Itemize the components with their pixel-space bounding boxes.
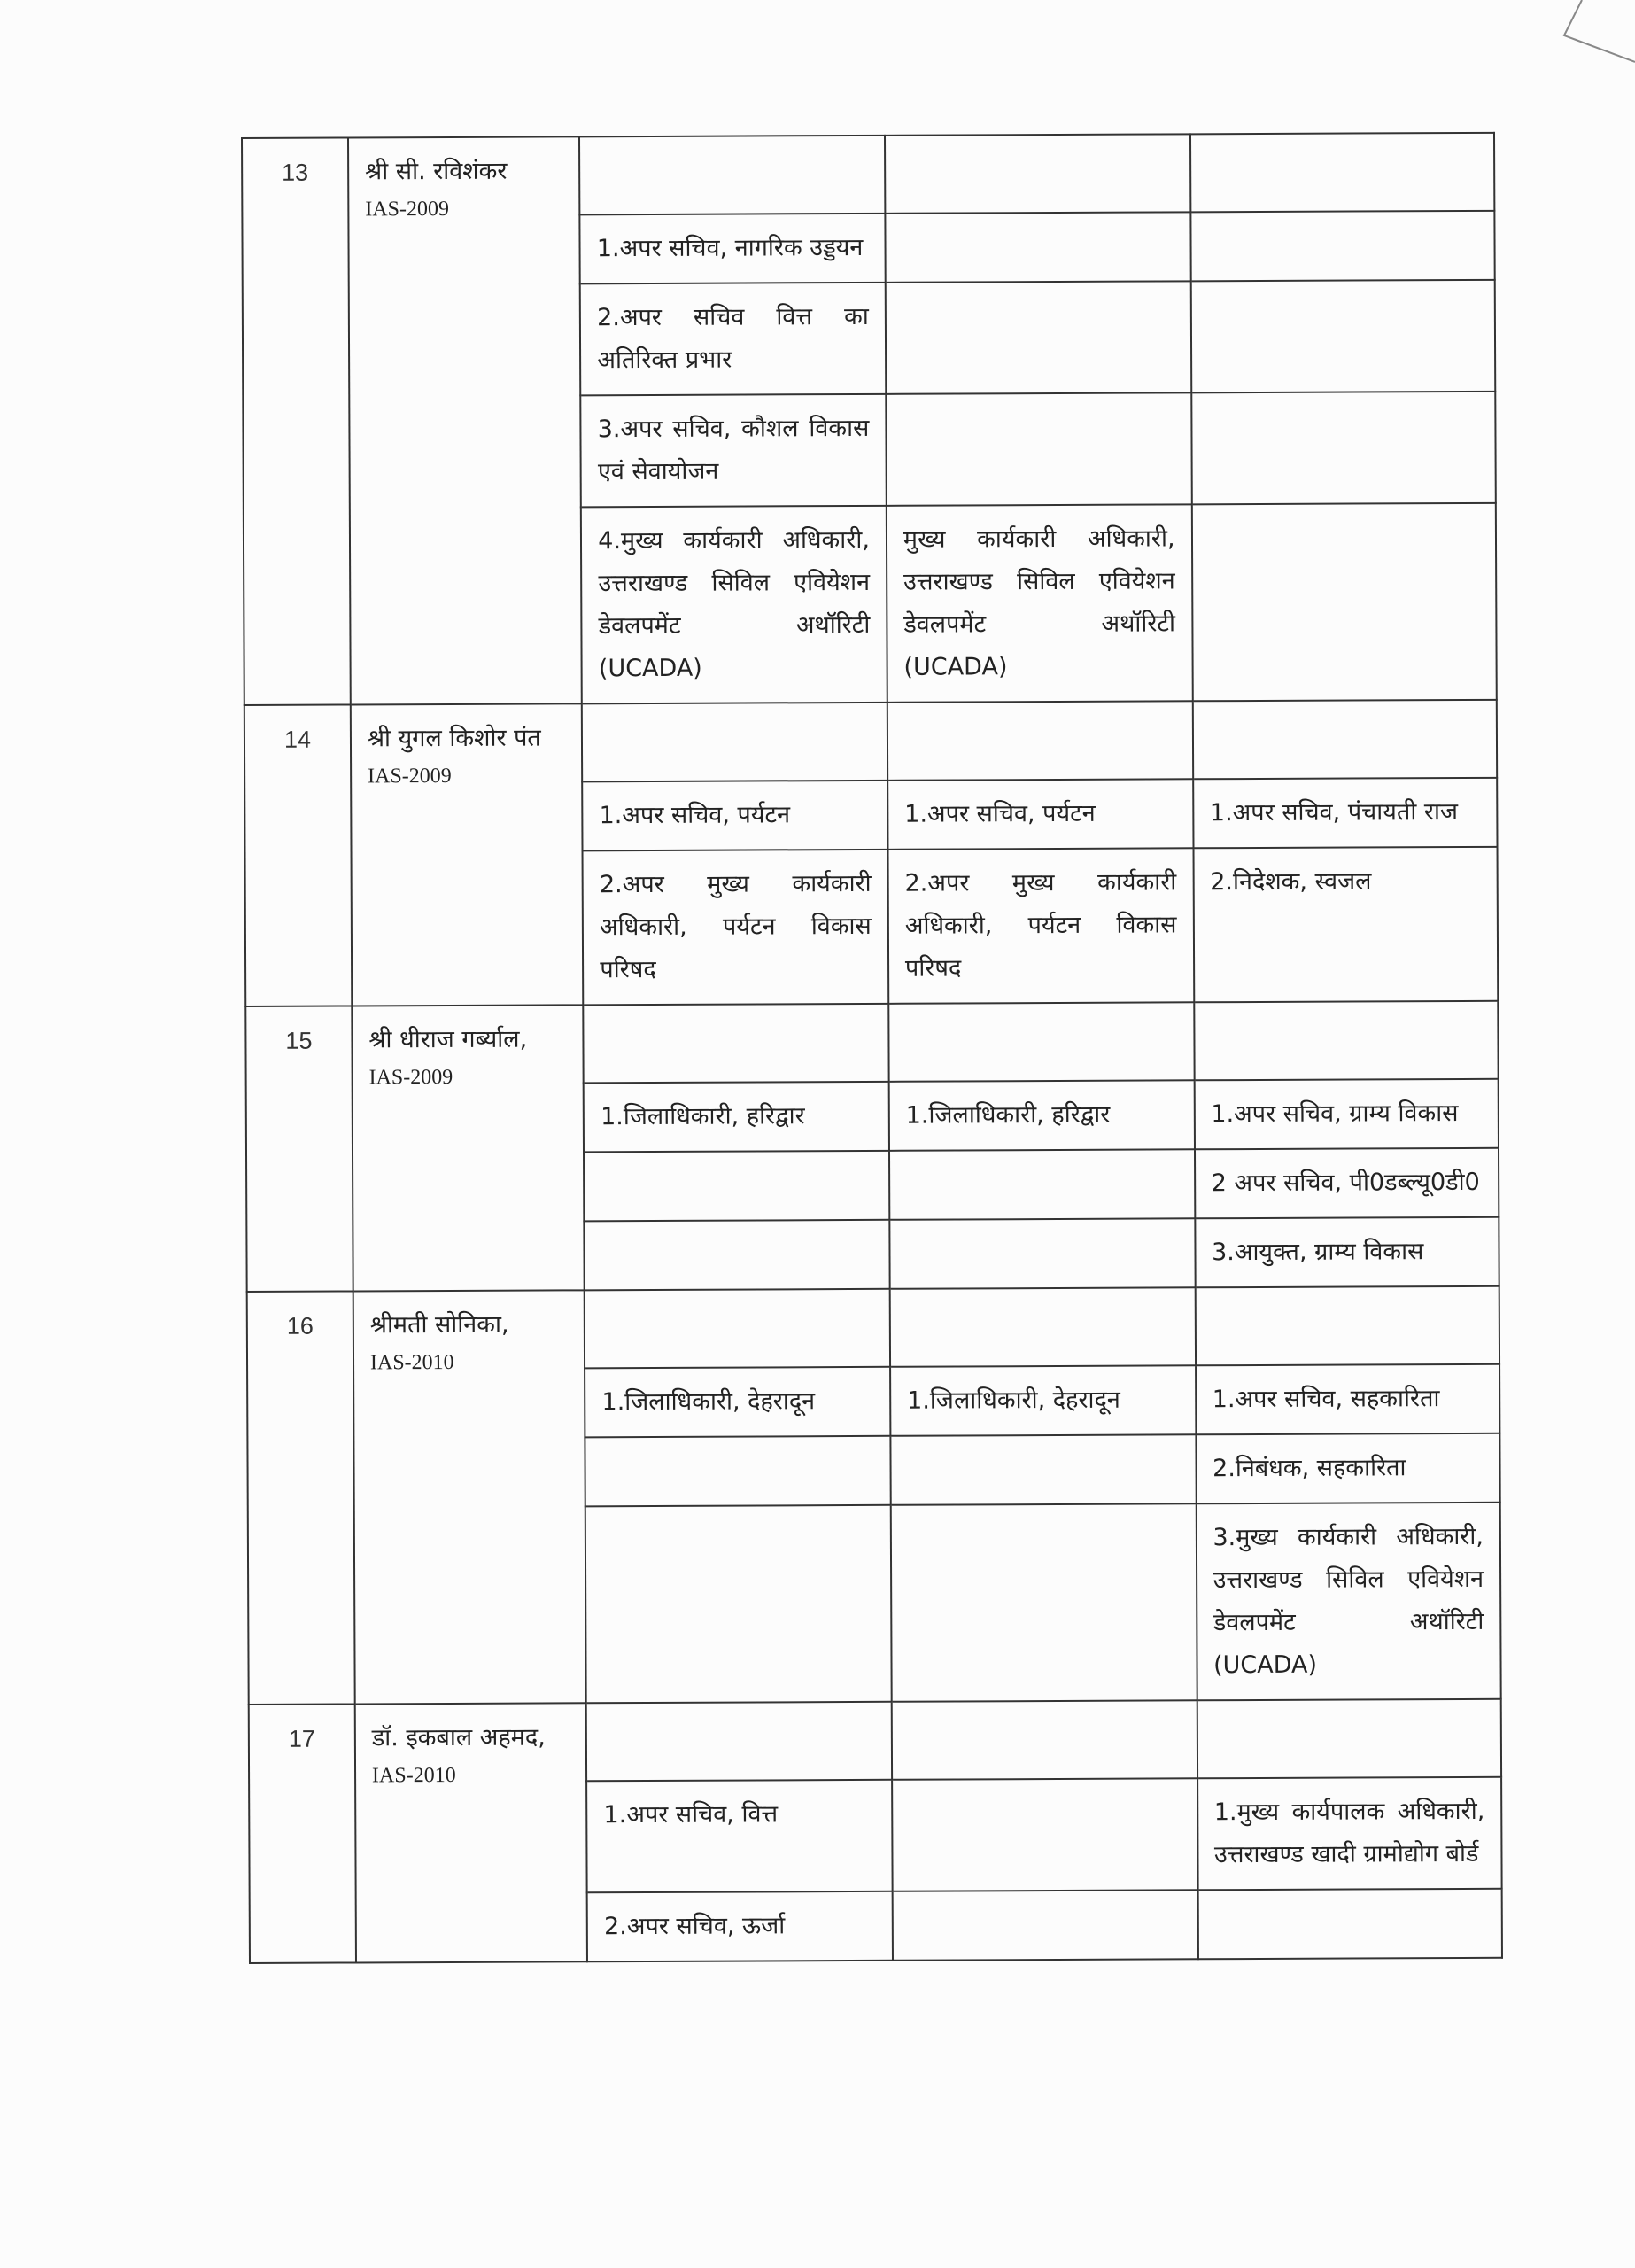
empty-cell <box>585 1289 890 1369</box>
officer-transfer-table: 13श्री सी. रविशंकरIAS-20091.अपर सचिव, ना… <box>241 132 1503 1964</box>
empty-cell <box>1190 133 1495 212</box>
serial-number: 17 <box>249 1704 356 1963</box>
new-post: 2 अपर सचिव, पी0डब्ल्यू0डी0 <box>1195 1148 1499 1218</box>
officer-name: श्री धीराज गर्ब्याल, <box>368 1026 527 1054</box>
officer-name: श्री सी. रविशंकर <box>365 158 507 186</box>
officer-name-cell: श्री सी. रविशंकरIAS-2009 <box>348 136 582 704</box>
retained-post: 2.अपर मुख्य कार्यकारी अधिकारी, पर्यटन वि… <box>887 848 1193 1004</box>
current-post <box>584 1151 889 1222</box>
new-post: 1.अपर सचिव, पंचायती राज <box>1193 778 1498 848</box>
empty-cell <box>584 1004 889 1084</box>
officer-row: 14श्री युगल किशोर पंतIAS-2009 <box>244 700 1497 783</box>
current-post: 3.अपर सचिव, कौशल विकास एवं सेवायोजन <box>581 394 887 508</box>
empty-cell <box>888 1002 1194 1082</box>
new-post <box>1190 280 1495 392</box>
retained-post <box>889 1218 1195 1289</box>
new-post: 1.मुख्य कार्यपालक अधिकारी, उत्तराखण्ड खा… <box>1197 1777 1502 1890</box>
officer-row: 15श्री धीराज गर्ब्याल,IAS-2009 <box>245 1001 1498 1084</box>
empty-cell <box>579 136 885 215</box>
current-post: 2.अपर सचिव, ऊर्जा <box>587 1891 893 1962</box>
current-post <box>585 1220 890 1291</box>
empty-cell <box>582 703 887 782</box>
officer-name: श्री युगल किशोर पंत <box>368 725 541 753</box>
retained-post: मुख्य कार्यकारी अधिकारी, उत्तराखण्ड सिवि… <box>887 504 1193 703</box>
retained-post <box>886 392 1191 506</box>
new-post: 3.आयुक्त, ग्राम्य विकास <box>1195 1217 1499 1287</box>
current-post <box>585 1505 892 1704</box>
new-post <box>1191 503 1496 701</box>
retained-post <box>892 1778 1197 1891</box>
officer-name-cell: डॉ. इकबाल अहमद,IAS-2010 <box>355 1703 588 1962</box>
current-post: 1.जिलाधिकारी, हरिद्वार <box>584 1082 889 1153</box>
serial-number: 15 <box>245 1006 353 1292</box>
empty-cell <box>1192 700 1497 779</box>
retained-post: 1.अपर सचिव, पर्यटन <box>887 779 1193 850</box>
serial-number: 16 <box>247 1291 355 1705</box>
new-post: 1.अपर सचिव, ग्राम्य विकास <box>1194 1079 1499 1149</box>
retained-post: 1.जिलाधिकारी, देहरादून <box>890 1365 1196 1436</box>
new-post: 2.निबंधक, सहकारिता <box>1196 1433 1500 1503</box>
empty-cell <box>887 701 1193 781</box>
current-post: 1.अपर सचिव, वित्त <box>586 1780 892 1893</box>
current-post: 4.मुख्य कार्यकारी अधिकारी, उत्तराखण्ड सि… <box>581 506 887 704</box>
officer-row: 13श्री सी. रविशंकरIAS-2009 <box>242 133 1494 216</box>
serial-number: 14 <box>244 704 352 1006</box>
new-post <box>1190 211 1495 281</box>
empty-cell <box>586 1702 892 1782</box>
officer-name-cell: श्रीमती सोनिका,IAS-2010 <box>353 1290 586 1704</box>
empty-cell <box>885 134 1190 214</box>
current-post: 2.अपर मुख्य कार्यकारी अधिकारी, पर्यटन वि… <box>583 850 888 1006</box>
officer-batch: IAS-2009 <box>368 759 565 792</box>
current-post: 1.जिलाधिकारी, देहरादून <box>585 1367 890 1438</box>
current-post: 2.अपर सचिव वित्त का अतिरिक्त प्रभार <box>580 283 886 396</box>
officer-batch: IAS-2009 <box>365 192 562 225</box>
retained-post <box>885 212 1190 283</box>
officer-row: 16श्रीमती सोनिका,IAS-2010 <box>247 1286 1499 1370</box>
officer-row: 17डॉ. इकबाल अहमद,IAS-2010 <box>249 1699 1501 1783</box>
new-post: 3.मुख्य कार्यकारी अधिकारी, उत्तराखण्ड सि… <box>1196 1503 1500 1700</box>
officer-name-cell: श्री युगल किशोर पंतIAS-2009 <box>351 703 584 1006</box>
empty-cell <box>1194 1001 1499 1080</box>
officer-name: श्रीमती सोनिका, <box>370 1311 509 1340</box>
retained-post <box>889 1149 1195 1220</box>
current-post <box>585 1436 891 1507</box>
retained-post <box>890 1434 1196 1505</box>
scanned-page: 13श्री सी. रविशंकरIAS-20091.अपर सचिव, ना… <box>0 0 1635 2268</box>
current-post: 1.अपर सचिव, नागरिक उड्डयन <box>580 214 886 284</box>
empty-cell <box>1197 1699 1501 1778</box>
new-post: 1.अपर सचिव, सहकारिता <box>1196 1364 1500 1434</box>
retained-post <box>886 281 1191 394</box>
officer-batch: IAS-2010 <box>372 1759 570 1791</box>
officer-batch: IAS-2010 <box>370 1346 568 1379</box>
officer-name-cell: श्री धीराज गर्ब्याल,IAS-2009 <box>352 1005 585 1291</box>
new-post <box>1191 392 1496 504</box>
retained-post <box>891 1503 1197 1702</box>
retained-post: 1.जिलाधिकारी, हरिद्वार <box>889 1080 1195 1151</box>
retained-post <box>893 1890 1198 1961</box>
empty-cell <box>1195 1286 1499 1365</box>
new-post: 2.निदेशक, स्वजल <box>1193 847 1498 1002</box>
empty-cell <box>892 1700 1197 1780</box>
new-post <box>1197 1889 1502 1959</box>
current-post: 1.अपर सचिव, पर्यटन <box>582 781 887 851</box>
serial-number: 13 <box>242 137 351 705</box>
page-edge-mark <box>1529 0 1635 106</box>
officer-batch: IAS-2009 <box>368 1060 566 1093</box>
officer-name: डॉ. इकबाल अहमद, <box>372 1724 546 1752</box>
empty-cell <box>890 1287 1196 1367</box>
